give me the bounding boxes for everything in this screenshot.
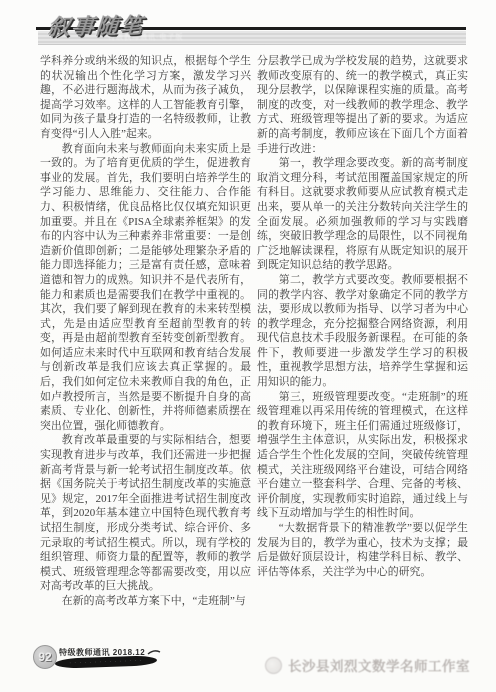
left-column: 学科养分或纳米级的知识点，根据每个学生的状况输出个性化学习方案，激发学习兴趣，不… — [40, 54, 251, 609]
paragraph: 教育面向未来与教师面向未来实质上是一致的。为了培育更优质的学生，促进教育事业的发… — [40, 142, 251, 434]
paragraph: 第一，教学理念要改变。新的高考制度取消文理分科，考试范围覆盖国家规定的所有科目。… — [257, 156, 468, 273]
watermark-block: 长沙县刘烈文数学名师工作室 — [265, 655, 470, 675]
workstudio-logo-icon — [265, 657, 282, 674]
swoosh-caption: · · · · · · · · · · · · · · · — [69, 658, 143, 667]
page-number-badge: 92 — [33, 645, 57, 669]
paragraph: 分层教学已成为学校发展的趋势，这就要求教师改变原有的、统一的教学模式，真正实现分… — [257, 54, 468, 156]
scanned-page: 特级教师通讯·电子版 叙事随笔 学科养分或纳米级的知识点，根据每个学生的状况输出… — [0, 0, 496, 692]
paragraph: 教育改革最重要的与实际相结合，想要实现教育进步与改革，我们还需进一步把握新高考背… — [40, 433, 251, 594]
column-logo-title: 叙事随笔 — [47, 9, 146, 42]
right-column: 分层教学已成为学校发展的趋势，这就要求教师改变原有的、统一的教学模式，真正实现分… — [257, 54, 468, 609]
footer-journal-block: 92 特级教师通讯 2018.12 · · · · · · · · · · · … — [33, 643, 183, 675]
paragraph: 学科养分或纳米级的知识点，根据每个学生的状况输出个性化学习方案，激发学习兴趣，不… — [40, 54, 251, 142]
watermark-text: 长沙县刘烈文数学名师工作室 — [288, 655, 470, 675]
article-body: 学科养分或纳米级的知识点，根据每个学生的状况输出个性化学习方案，激发学习兴趣，不… — [40, 54, 468, 609]
paragraph: 在新的高考改革方案下中，“走班制”与 — [40, 594, 251, 609]
page-header: 特级教师通讯·电子版 叙事随笔 — [0, 0, 496, 48]
paragraph: 第三，班级管理要改变。“走班制”的班级管理难以再采用传统的管理模式，在这样的教育… — [257, 390, 468, 521]
tail-flourish-icon — [147, 649, 161, 657]
paragraph: 第二，教学方式要改变。教师要根据不同的教学内容、教学对象确定不同的教学方法，要形… — [257, 273, 468, 390]
paragraph: “大数据背景下的精准教学”要以促学生发展为目的，教学为重心，技术为支撑；最后是做… — [257, 521, 468, 579]
